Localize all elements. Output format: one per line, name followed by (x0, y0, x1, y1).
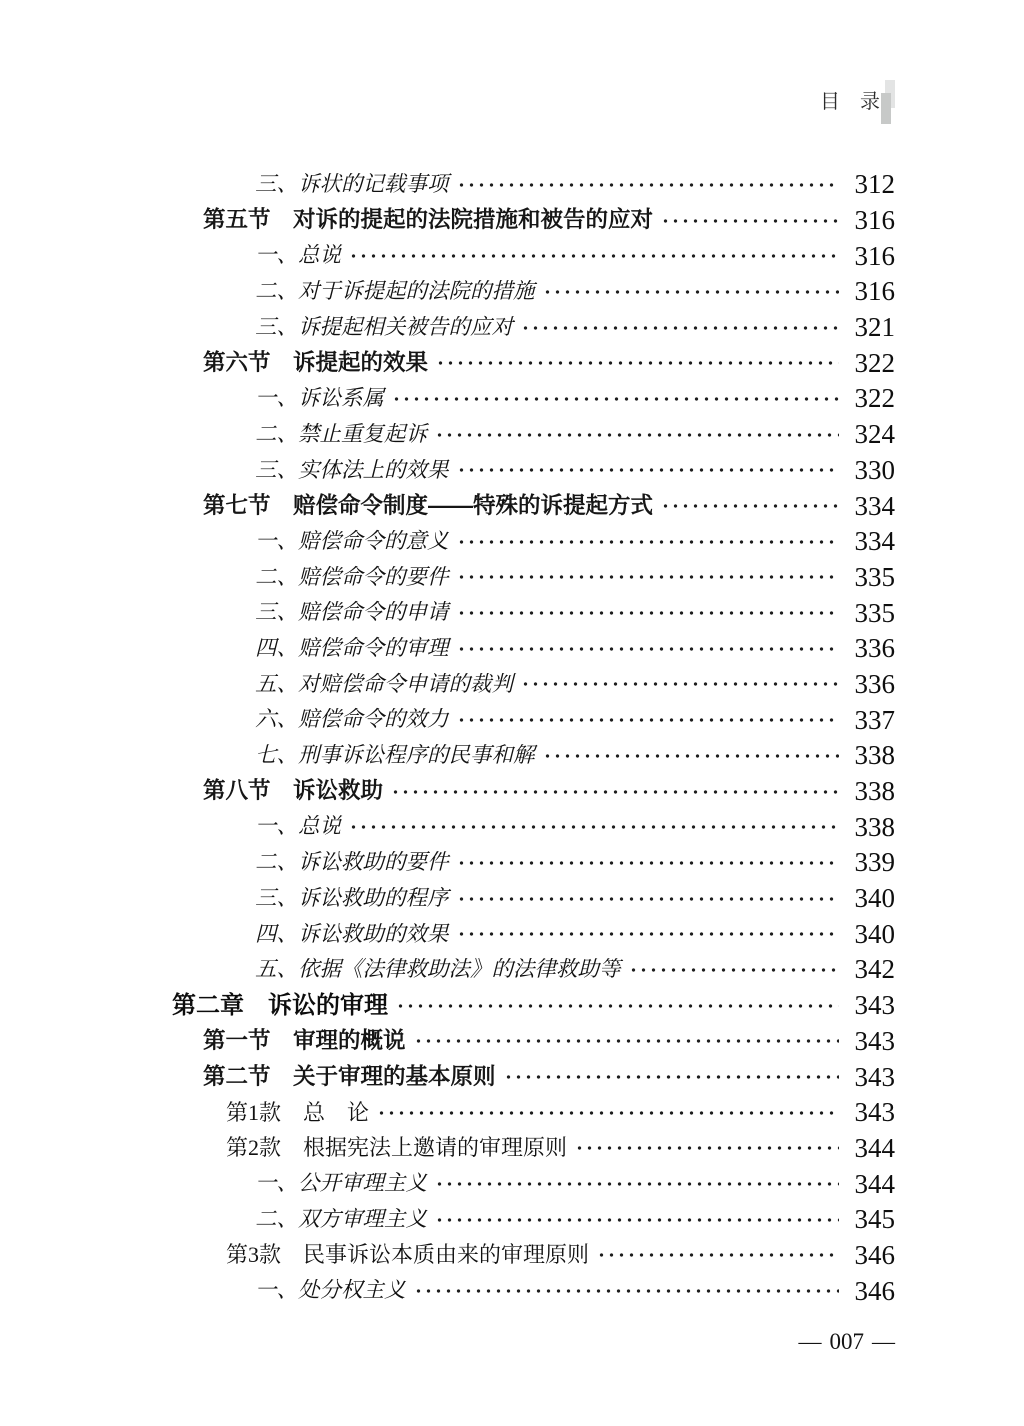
footer-page-number: 007 (830, 1329, 865, 1354)
dot-leader (351, 824, 839, 830)
dot-leader (459, 931, 839, 937)
toc-entry-page-number: 339 (849, 849, 895, 876)
toc-entry-page-number: 316 (849, 243, 895, 270)
toc-entry-14: 四、赔偿命令的审理 336 (172, 631, 895, 667)
toc-entry-15: 五、对赔偿命令申请的裁判 336 (172, 667, 895, 703)
toc-entry-11: 一、赔偿命令的意义 334 (172, 524, 895, 560)
toc-entry-page-number: 338 (849, 778, 895, 805)
toc-entry-17: 七、刑事诉讼程序的民事和解 338 (172, 738, 895, 774)
toc-entry-page-number: 324 (849, 421, 895, 448)
toc-entry-page-number: 344 (849, 1171, 895, 1198)
footer-dash-right: — (872, 1329, 895, 1354)
dot-leader (437, 432, 839, 438)
toc-entry-page-number: 330 (849, 457, 895, 484)
toc-entry-label: 五、依据《法律救助法》的法律救助等 (255, 959, 621, 981)
dot-leader (393, 789, 839, 795)
toc-entry-page-number: 343 (849, 992, 895, 1019)
toc-entry-31: 第3款 民事诉讼本质由来的审理原则 346 (172, 1238, 895, 1274)
toc-entry-23: 五、依据《法律救助法》的法律救助等 342 (172, 952, 895, 988)
toc-entry-page-number: 335 (849, 600, 895, 627)
toc-entry-label: 第二章 诉讼的审理 (172, 994, 388, 1018)
toc-entry-page-number: 338 (849, 742, 895, 769)
dot-leader (398, 1003, 839, 1009)
toc-entry-label: 二、对于诉提起的法院的措施 (255, 281, 535, 303)
toc-entry-label: 一、赔偿命令的意义 (255, 531, 449, 553)
toc-entry-29: 一、公开审理主义 344 (172, 1166, 895, 1202)
toc-entry-12: 二、赔偿命令的要件 335 (172, 560, 895, 596)
toc-entry-label: 第1款 总 论 (226, 1102, 369, 1124)
dot-leader (459, 467, 839, 473)
dot-leader (506, 1074, 839, 1080)
toc-entry-label: 一、总说 (255, 816, 341, 838)
toc-entry-3: 一、总说 316 (172, 238, 895, 274)
toc-entry-27: 第1款 总 论 343 (172, 1095, 895, 1131)
toc-entry-label: 七、刑事诉讼程序的民事和解 (255, 745, 535, 767)
toc-entry-label: 一、公开审理主义 (255, 1173, 427, 1195)
toc-entry-label: 二、禁止重复起诉 (255, 424, 427, 446)
toc-entry-page-number: 316 (849, 207, 895, 234)
toc-entry-page-number: 343 (849, 1028, 895, 1055)
toc-entry-1: 三、诉状的记载事项 312 (172, 167, 895, 203)
toc-entry-26: 第二节 关于审理的基本原则 343 (172, 1059, 895, 1095)
toc-entry-label: 第七节 赔偿命令制度——特殊的诉提起方式 (203, 495, 653, 518)
toc-entry-10: 第七节 赔偿命令制度——特殊的诉提起方式 334 (172, 488, 895, 524)
toc-entry-18: 第八节 诉讼救助 338 (172, 774, 895, 810)
toc-entry-32: 一、处分权主义 346 (172, 1273, 895, 1309)
dot-leader (545, 753, 839, 759)
toc-entry-label: 一、诉讼系属 (255, 388, 384, 410)
toc-entry-page-number: 343 (849, 1099, 895, 1126)
toc-entry-label: 二、赔偿命令的要件 (255, 567, 449, 589)
running-header-title: 目 录 (820, 92, 880, 112)
toc-entry-page-number: 321 (849, 314, 895, 341)
toc-entry-label: 三、诉状的记载事项 (255, 174, 449, 196)
toc-entry-page-number: 338 (849, 814, 895, 841)
toc-entry-7: 一、诉讼系属 322 (172, 381, 895, 417)
toc-page: 目 录 三、诉状的记载事项 312 第五节 对诉的提起的法院措施和被告的应对 3… (0, 0, 1024, 1426)
toc-entry-24: 第二章 诉讼的审理 343 (172, 988, 895, 1024)
toc-entry-9: 三、实体法上的效果 330 (172, 453, 895, 489)
toc-entry-28: 第2款 根据宪法上邀请的审理原则 344 (172, 1131, 895, 1167)
toc-entry-page-number: 345 (849, 1206, 895, 1233)
dot-leader (459, 717, 839, 723)
toc-entry-page-number: 335 (849, 564, 895, 591)
toc-entry-label: 五、对赔偿命令申请的裁判 (255, 674, 513, 696)
dot-leader (459, 860, 839, 866)
dot-leader (577, 1145, 839, 1151)
toc-entry-page-number: 316 (849, 278, 895, 305)
toc-entry-label: 二、双方审理主义 (255, 1209, 427, 1231)
dot-leader (379, 1110, 839, 1116)
toc-entry-label: 三、赔偿命令的申请 (255, 602, 449, 624)
toc-entry-label: 三、诉提起相关被告的应对 (255, 317, 513, 339)
dot-leader (459, 610, 839, 616)
toc-entry-label: 第二节 关于审理的基本原则 (203, 1066, 496, 1089)
toc-entry-page-number: 334 (849, 528, 895, 555)
toc-entry-5: 三、诉提起相关被告的应对 321 (172, 310, 895, 346)
toc-entry-label: 二、诉讼救助的要件 (255, 852, 449, 874)
toc-entry-page-number: 340 (849, 921, 895, 948)
toc-entry-label: 三、诉讼救助的程序 (255, 888, 449, 910)
toc-entry-page-number: 346 (849, 1242, 895, 1269)
toc-entry-page-number: 336 (849, 671, 895, 698)
dot-leader (663, 503, 839, 509)
toc-entry-page-number: 344 (849, 1135, 895, 1162)
toc-entry-label: 第2款 根据宪法上邀请的审理原则 (226, 1137, 567, 1159)
dot-leader (438, 360, 839, 366)
dot-leader (631, 967, 839, 973)
toc-entry-page-number: 342 (849, 956, 895, 983)
dot-leader (459, 539, 839, 545)
toc-entry-label: 第六节 诉提起的效果 (203, 352, 428, 375)
toc-entry-label: 第八节 诉讼救助 (203, 780, 383, 803)
dot-leader (394, 396, 839, 402)
toc-entry-13: 三、赔偿命令的申请 335 (172, 595, 895, 631)
toc-entry-8: 二、禁止重复起诉 324 (172, 417, 895, 453)
dot-leader (459, 182, 839, 188)
dot-leader (599, 1252, 839, 1258)
toc-entry-page-number: 346 (849, 1278, 895, 1305)
dot-leader (351, 253, 839, 259)
bookmark-bar-dark-icon (881, 93, 891, 124)
toc-entry-label: 一、总说 (255, 245, 341, 267)
dot-leader (523, 681, 839, 687)
toc-entry-page-number: 336 (849, 635, 895, 662)
dot-leader (437, 1181, 839, 1187)
toc-entry-30: 二、双方审理主义 345 (172, 1202, 895, 1238)
toc-entry-label: 四、诉讼救助的效果 (255, 924, 449, 946)
toc-entry-label: 一、处分权主义 (255, 1280, 406, 1302)
toc-entry-4: 二、对于诉提起的法院的措施 316 (172, 274, 895, 310)
toc-entry-label: 第五节 对诉的提起的法院措施和被告的应对 (203, 209, 653, 232)
dot-leader (459, 574, 839, 580)
toc-entry-page-number: 337 (849, 707, 895, 734)
toc-entry-page-number: 322 (849, 385, 895, 412)
dot-leader (437, 1217, 839, 1223)
toc-entry-page-number: 334 (849, 493, 895, 520)
dot-leader (523, 325, 839, 331)
toc-entry-25: 第一节 审理的概说 343 (172, 1024, 895, 1060)
dot-leader (545, 289, 839, 295)
toc-entry-6: 第六节 诉提起的效果 322 (172, 345, 895, 381)
toc-entry-label: 四、赔偿命令的审理 (255, 638, 449, 660)
toc-entry-label: 六、赔偿命令的效力 (255, 709, 449, 731)
toc-entry-page-number: 322 (849, 350, 895, 377)
toc-entry-21: 三、诉讼救助的程序 340 (172, 881, 895, 917)
page-footer: —007— (0, 1330, 895, 1353)
dot-leader (416, 1038, 839, 1044)
dot-leader (416, 1288, 839, 1294)
footer-dash-left: — (799, 1329, 822, 1354)
toc-entry-page-number: 312 (849, 171, 895, 198)
dot-leader (459, 896, 839, 902)
toc-entry-19: 一、总说 338 (172, 809, 895, 845)
toc-entry-2: 第五节 对诉的提起的法院措施和被告的应对 316 (172, 203, 895, 239)
toc-entry-label: 三、实体法上的效果 (255, 460, 449, 482)
dot-leader (459, 646, 839, 652)
toc-entry-20: 二、诉讼救助的要件 339 (172, 845, 895, 881)
toc-entry-page-number: 343 (849, 1064, 895, 1091)
dot-leader (663, 218, 839, 224)
toc-entry-22: 四、诉讼救助的效果 340 (172, 916, 895, 952)
toc-entry-page-number: 340 (849, 885, 895, 912)
toc-entry-label: 第一节 审理的概说 (203, 1030, 406, 1053)
toc-list: 三、诉状的记载事项 312 第五节 对诉的提起的法院措施和被告的应对 316 一… (172, 167, 895, 1309)
toc-entry-label: 第3款 民事诉讼本质由来的审理原则 (226, 1244, 589, 1266)
toc-entry-16: 六、赔偿命令的效力 337 (172, 702, 895, 738)
